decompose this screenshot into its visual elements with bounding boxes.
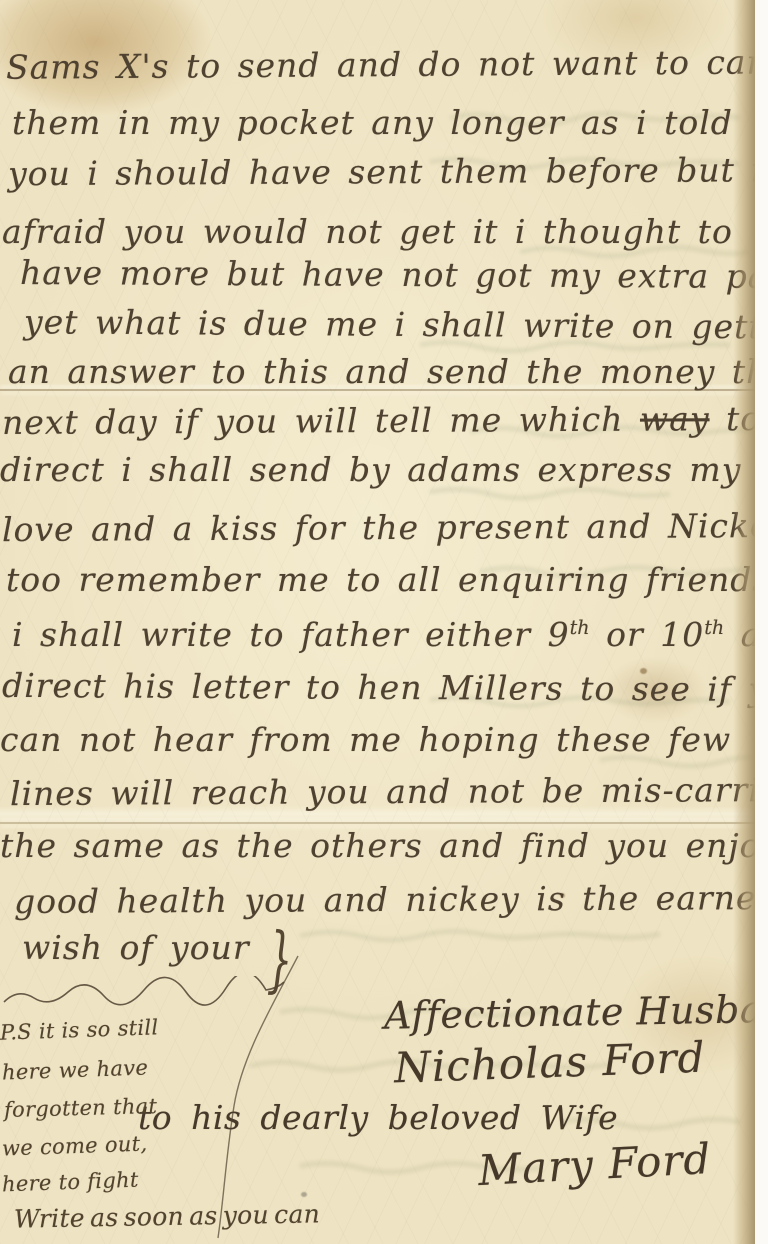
body-line: you i should have sent them before but i… <box>8 150 768 193</box>
letter-scan-page: Sams X's to send and do not want to carr… <box>0 0 768 1244</box>
postscript-line: here we have <box>2 1055 149 1084</box>
postscript-line: here to fight <box>2 1168 139 1197</box>
fold-crease-lower <box>0 822 768 824</box>
postscript-line: we come out, <box>2 1131 148 1160</box>
body-line: the same as the others and find you enjo… <box>0 826 768 865</box>
scan-white-edge <box>755 0 768 1244</box>
body-line: have more but have not got my extra pay <box>20 253 768 296</box>
closing-brace: } <box>266 916 293 1002</box>
body-line: wish of your <box>22 928 250 967</box>
closing-dedication: to his dearly beloved Wife <box>138 1098 618 1137</box>
body-line: lines will reach you and not be mis-carr… <box>10 770 768 813</box>
body-line: direct i shall send by adams express my <box>0 450 741 489</box>
ordinal-superscript: th <box>570 616 590 639</box>
body-line: direct his letter to hen Millers to see … <box>2 666 768 709</box>
postscript-line: P.S it is so still <box>0 1015 159 1045</box>
body-line-fragment: i shall write to father either 9 <box>12 615 570 654</box>
body-line: Sams X's to send and do not want to carr… <box>6 42 768 87</box>
struck-word: way <box>640 399 710 438</box>
body-line: love and a kiss for the present and Nick… <box>2 506 768 549</box>
body-line-fragment: or 10 <box>590 615 705 654</box>
body-line: an answer to this and send the money the <box>8 352 768 391</box>
closing-salutation: Affectionate Husband <box>384 986 768 1037</box>
body-line: good health you and nickey is the earnes… <box>14 878 768 921</box>
ink-speck <box>301 1192 307 1197</box>
body-line: yet what is due me i shall write on gett… <box>24 302 768 347</box>
postscript-footer: Write as soon as you can <box>14 1199 321 1233</box>
signature-nicholas-ford: Nicholas Ford <box>393 1033 706 1093</box>
body-line: too remember me to all enquiring friends <box>6 560 768 599</box>
ordinal-superscript: th <box>704 616 724 639</box>
body-line: can not hear from me hoping these few <box>0 720 731 759</box>
paper-edge-shadow <box>733 0 755 1244</box>
body-line: next day if you will tell me which way t… <box>2 399 761 442</box>
body-line: afraid you would not get it i thought to <box>2 212 733 251</box>
body-line: i shall write to father either 9th or 10… <box>12 615 768 654</box>
signature-mary-ford: Mary Ford <box>477 1134 713 1195</box>
postscript-line: forgotten that <box>4 1094 158 1122</box>
body-line-fragment: next day if you will tell me which <box>2 400 640 442</box>
body-line: them in my pocket any longer as i told <box>12 103 733 142</box>
